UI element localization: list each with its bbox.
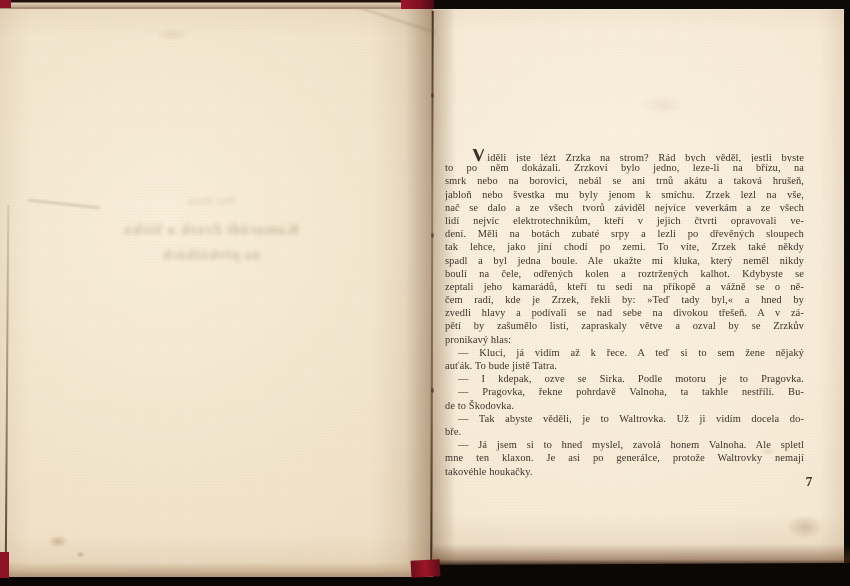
text-line: Viděli jste lézt Zrzka na strom? Rád byc… — [445, 149, 804, 162]
text-line: — Kluci, já vidím až k řece. A teď si to… — [445, 347, 804, 360]
text-line: — Pragovka, řekne pohrdavě Valnoha, ta t… — [445, 386, 804, 399]
bottom-page-edge-right — [433, 544, 850, 566]
text-line: nač se dalo a ze všech tvorů záviděl nej… — [445, 202, 804, 215]
ghost-line: Kamarádi Zrzek a Sirka — [55, 222, 367, 239]
text-line: pětí by zašumělo listí, zapraskaly větve… — [445, 320, 804, 333]
text-line: — I kdepak, ozve se Sirka. Podle motoru … — [445, 373, 804, 386]
text-line: zvedli hlavy a podívali se nad sebe na d… — [445, 307, 804, 320]
stitch-mark — [431, 388, 434, 393]
text-line: pronikavý hlas: — [445, 334, 804, 347]
text-line: jabloň nebo švestka mu byly jenom k smíc… — [445, 189, 804, 202]
text-line: tak lehce, jako jiní chodí po zemi. To v… — [445, 241, 804, 254]
text-line: spadl a byl jedna boule. Ale ukažte mi k… — [445, 255, 804, 268]
text-line: bře. — [445, 426, 804, 439]
text-line: — Já jsem si to hned myslel, zavolá hone… — [445, 439, 804, 452]
top-edge-highlight — [433, 9, 844, 10]
open-book-photo: Petr Denk Kamarádi Zrzek a Sirka na přek… — [0, 0, 850, 586]
left-page: Petr Denk Kamarádi Zrzek a Sirka na přek… — [0, 9, 433, 578]
page-number: 7 — [799, 474, 819, 490]
text-line: lidí nejvíc elektrotechnikům, kteří v je… — [445, 215, 804, 228]
ghost-line: Petr Denk — [55, 197, 367, 207]
right-page: Viděli jste lézt Zrzka na strom? Rád byc… — [433, 9, 844, 569]
cover-red-corner-bottomleft — [0, 552, 9, 578]
spine-red-top — [401, 0, 434, 9]
text-line: de to Škodovka. — [445, 400, 804, 413]
gutter-shadow-right — [433, 9, 455, 567]
text-line: čem radí, kde je Zrzek, řekli by: »Teď t… — [445, 294, 804, 307]
spine-red-bottom — [411, 559, 441, 577]
text-line: — Tak abyste věděli, je to Waltrovka. Už… — [445, 413, 804, 426]
text-line: zeptali jeho kamarádů, kteří tu sedí na … — [445, 281, 804, 294]
text-line: smrk nebo na borovici, nebál se ani trnů… — [445, 175, 804, 188]
text-line: mne ten klaxon. Je asi po generálce, pro… — [445, 452, 804, 465]
text-line: to po něm dokázali. Zrzkovi bylo jedno, … — [445, 162, 804, 175]
book-top-edge-tan — [0, 0, 421, 9]
text-line: takovéhle houkačky. — [445, 466, 804, 479]
text-line: boulí na čele, odřených kolen a roztržen… — [445, 268, 804, 281]
drop-cap: V — [471, 149, 487, 162]
ghost-showthrough-text: Petr Denk Kamarádi Zrzek a Sirka na přek… — [55, 197, 367, 263]
text-line: auťák. To bude jistě Tatra. — [445, 360, 804, 373]
stitch-mark — [431, 93, 434, 98]
gutter-shadow-left — [405, 9, 433, 575]
paper-texture — [0, 9, 433, 578]
book-top-edge-black — [421, 0, 850, 9]
ghost-line: na překážkách — [55, 247, 367, 263]
text-line: dení. Měli na botách zubaté srpy a lezli… — [445, 228, 804, 241]
cover-red-corner-topleft — [0, 0, 11, 8]
stitch-mark — [431, 233, 434, 238]
text-block: Viděli jste lézt Zrzka na strom? Rád byc… — [445, 149, 804, 479]
bottom-page-edge-left — [0, 562, 433, 578]
